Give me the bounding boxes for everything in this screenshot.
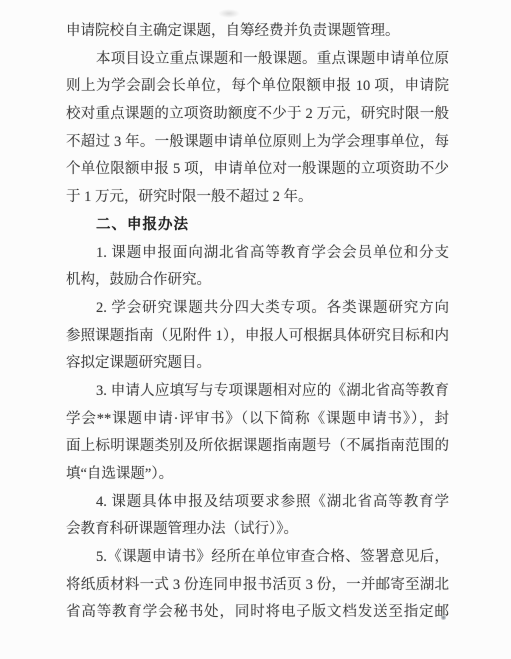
document-line: 容拟定课题研究题目。 [66,350,449,378]
document-line: 省高等教育学会秘书处，同时将电子版文档发送至指定邮箱。 [66,599,449,627]
document-body: 申请院校自主确定课题，自筹经费并负责课题管理。本项目设立重点课题和一般课题。重点… [66,18,449,627]
document-line: 参照课题指南（见附件 1），申报人可根据具体研究目标和内 [66,323,449,351]
document-line: 申请院校自主确定课题，自筹经费并负责课题管理。 [66,18,449,46]
document-line: 面上标明课题类别及所依据课题指南题号（不属指南范围的 [66,433,449,461]
scan-smudge-artifact [218,9,240,18]
document-line: 个单位限额申报 5 项，申请单位对一般课题的立项资助不少 [66,156,449,184]
document-line: 填“自选课题”）。 [66,461,449,489]
document-line: 会教育科研课题管理办法（试行）》。 [66,516,449,544]
document-line: 于 1 万元，研究时限一般不超过 2 年。 [66,184,449,212]
document-page: 申请院校自主确定课题，自筹经费并负责课题管理。本项目设立重点课题和一般课题。重点… [0,0,511,659]
scan-artifact-dot [441,615,446,620]
document-line: 学会**课题申请·评审书》（以下简称《课题申请书》），封 [66,406,449,434]
document-line: 将纸质材料一式 3 份连同申报书活页 3 份，一并邮寄至湖北 [66,572,449,600]
document-line: 5.《课题申请书》经所在单位审查合格、签署意见后， [66,544,449,572]
section-heading: 二、申报办法 [66,212,449,240]
document-line: 本项目设立重点课题和一般课题。重点课题申请单位原 [66,46,449,74]
document-line: 2. 学会研究课题共分四大类专项。各类课题研究方向 [66,295,449,323]
document-line: 校对重点课题的立项资助额度不少于 2 万元，研究时限一般 [66,101,449,129]
document-line: 则上为学会副会长单位，每个单位限额申报 10 项，申请院 [66,73,449,101]
document-line: 不超过 3 年。一般课题申请单位原则上为学会理事单位，每 [66,129,449,157]
document-line: 机构，鼓励合作研究。 [66,267,449,295]
document-line: 4. 课题具体申报及结项要求参照《湖北省高等教育学 [66,489,449,517]
document-line: 3. 申请人应填写与专项课题相对应的《湖北省高等教育 [66,378,449,406]
document-line: 1. 课题申报面向湖北省高等教育学会会员单位和分支 [66,240,449,268]
